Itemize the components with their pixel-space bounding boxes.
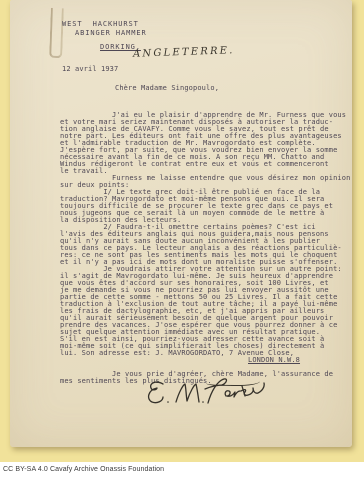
handwritten-country-annotation: ANGLETERRE.	[133, 45, 235, 60]
license-bar: CC BY-SA 4.0 Cavafy Archive Onassis Foun…	[0, 462, 364, 480]
letter-paper: WEST HACKHURST ABINGER HAMMER DORKING, A…	[10, 0, 352, 447]
letter-body: J'ai eu le plaisir d'apprendre de Mr. Fu…	[60, 112, 350, 385]
letter-body-line: lui. Son adresse est: J. MAVROGORDATO, 7…	[60, 350, 350, 357]
letterhead-line-1: WEST HACKHURST	[62, 21, 139, 28]
scanned-letter: WEST HACKHURST ABINGER HAMMER DORKING, A…	[0, 0, 364, 480]
signature	[138, 372, 278, 414]
letter-date: 12 avril 1937	[62, 66, 118, 73]
letterhead-line-2: ABINGER HAMMER	[75, 30, 147, 37]
paperclip-imprint	[49, 8, 64, 58]
letter-salutation: Chère Madame Singopoulo,	[115, 85, 219, 92]
license-credit: CC BY-SA 4.0 Cavafy Archive Onassis Foun…	[3, 466, 164, 473]
letter-body-line: LONDON N.W.8	[248, 357, 350, 364]
